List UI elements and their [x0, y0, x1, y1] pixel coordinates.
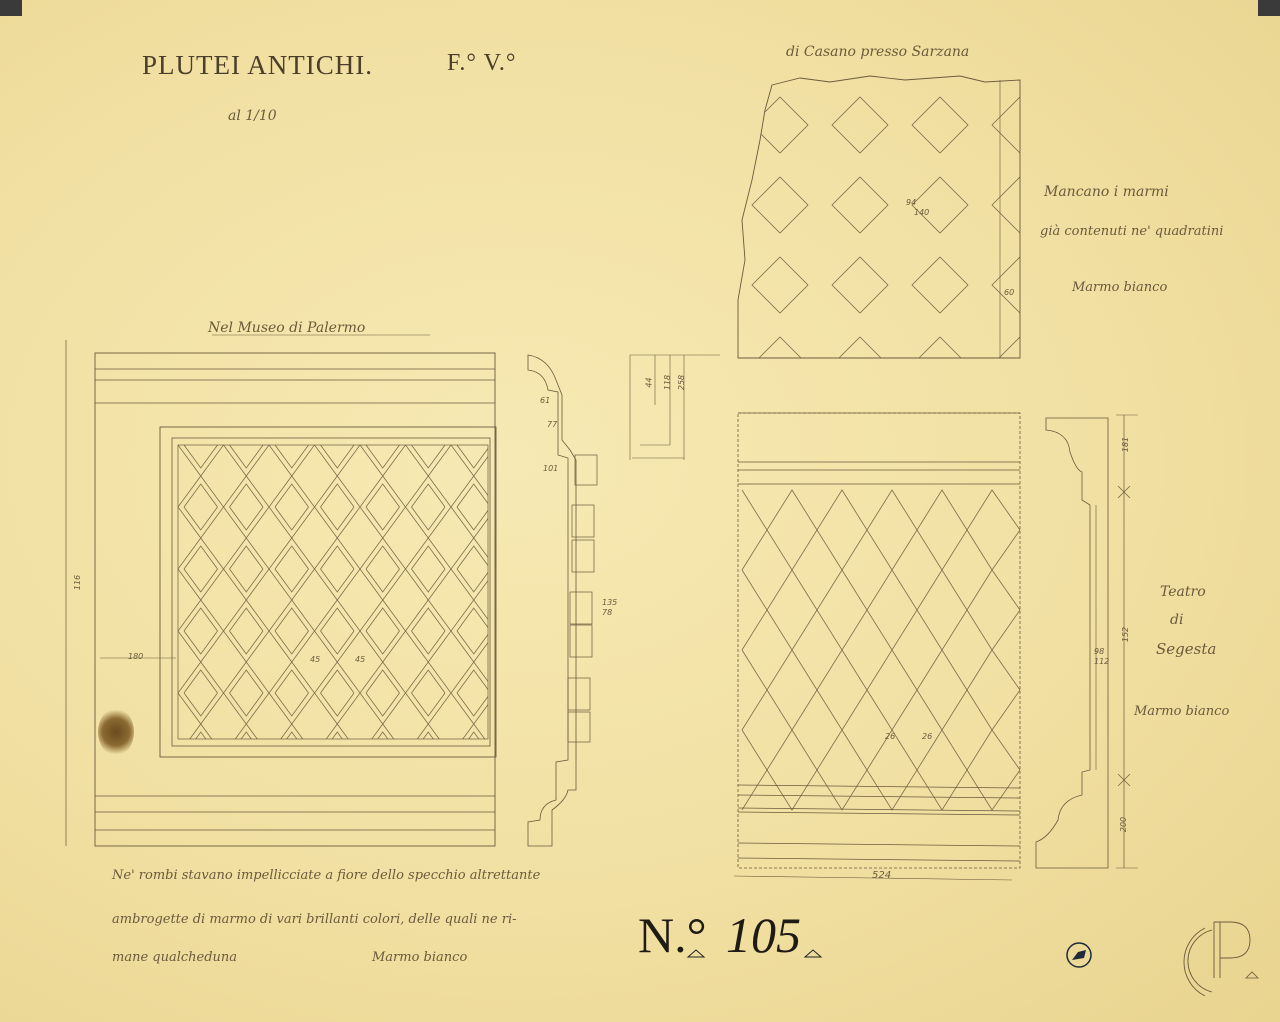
folio-label: F.° V.° [447, 50, 516, 77]
dimension-label: 152 [1121, 627, 1130, 642]
palermo-note-line-3: mane qualcheduna [112, 950, 237, 965]
dimension-label: 116 [73, 575, 82, 590]
casano-note-line-2: già contenuti ne' quadratini [1040, 224, 1223, 239]
palermo-material: Marmo bianco [372, 950, 467, 965]
plate-number: 105 [726, 906, 801, 964]
dimension-label: 44 [645, 377, 654, 387]
dimension-label: 181 [1121, 437, 1130, 452]
dimension-label: 78 [602, 608, 612, 617]
dimension-label: 45 [310, 655, 320, 664]
dimension-label: 26 [922, 732, 932, 741]
palermo-caption: Nel Museo di Palermo [208, 320, 365, 336]
segesta-elevation [734, 413, 1020, 880]
palermo-note-line-2: ambrogette di marmo di vari brillanti co… [112, 912, 517, 927]
dimension-label: 101 [543, 464, 558, 473]
plate-number-prefix: N.° [638, 906, 707, 964]
dimension-label: 98 [1094, 647, 1104, 656]
dimension-label: 524 [872, 870, 891, 881]
palermo-elevation [66, 335, 496, 846]
casano-material: Marmo bianco [1072, 280, 1167, 295]
dimension-label: 200 [1119, 817, 1128, 832]
dimension-label: 135 [602, 598, 617, 607]
segesta-caption-line-1: Teatro [1160, 584, 1206, 600]
casano-caption: di Casano presso Sarzana [786, 44, 969, 60]
dimension-label: 77 [547, 420, 557, 429]
dimension-label: 258 [677, 375, 686, 390]
segesta-caption-line-3: Segesta [1156, 640, 1216, 658]
dimension-label: 60 [1004, 288, 1014, 297]
sheet-title: PLUTEI ANTICHI. [142, 50, 373, 81]
dimension-label: 140 [914, 208, 929, 217]
drawing-sheet: PLUTEI ANTICHI. F.° V.° al 1/10 di Casan… [0, 0, 1280, 1022]
palermo-note-line-1: Ne' rombi stavano impellicciate a fiore … [112, 868, 540, 883]
casano-note-line-1: Mancano i marmi [1044, 184, 1169, 200]
segesta-caption-line-2: di [1170, 612, 1183, 628]
casano-fragment [738, 76, 1020, 358]
dimension-label: 45 [355, 655, 365, 664]
dimension-label: 180 [128, 652, 143, 661]
dimension-label: 112 [1094, 657, 1109, 666]
dimension-label: 26 [885, 732, 895, 741]
segesta-material: Marmo bianco [1134, 704, 1229, 719]
dimension-label: 61 [540, 396, 550, 405]
scale-label: al 1/10 [228, 108, 277, 124]
dimension-label: 118 [663, 375, 672, 390]
dimension-label: 94 [906, 198, 916, 207]
